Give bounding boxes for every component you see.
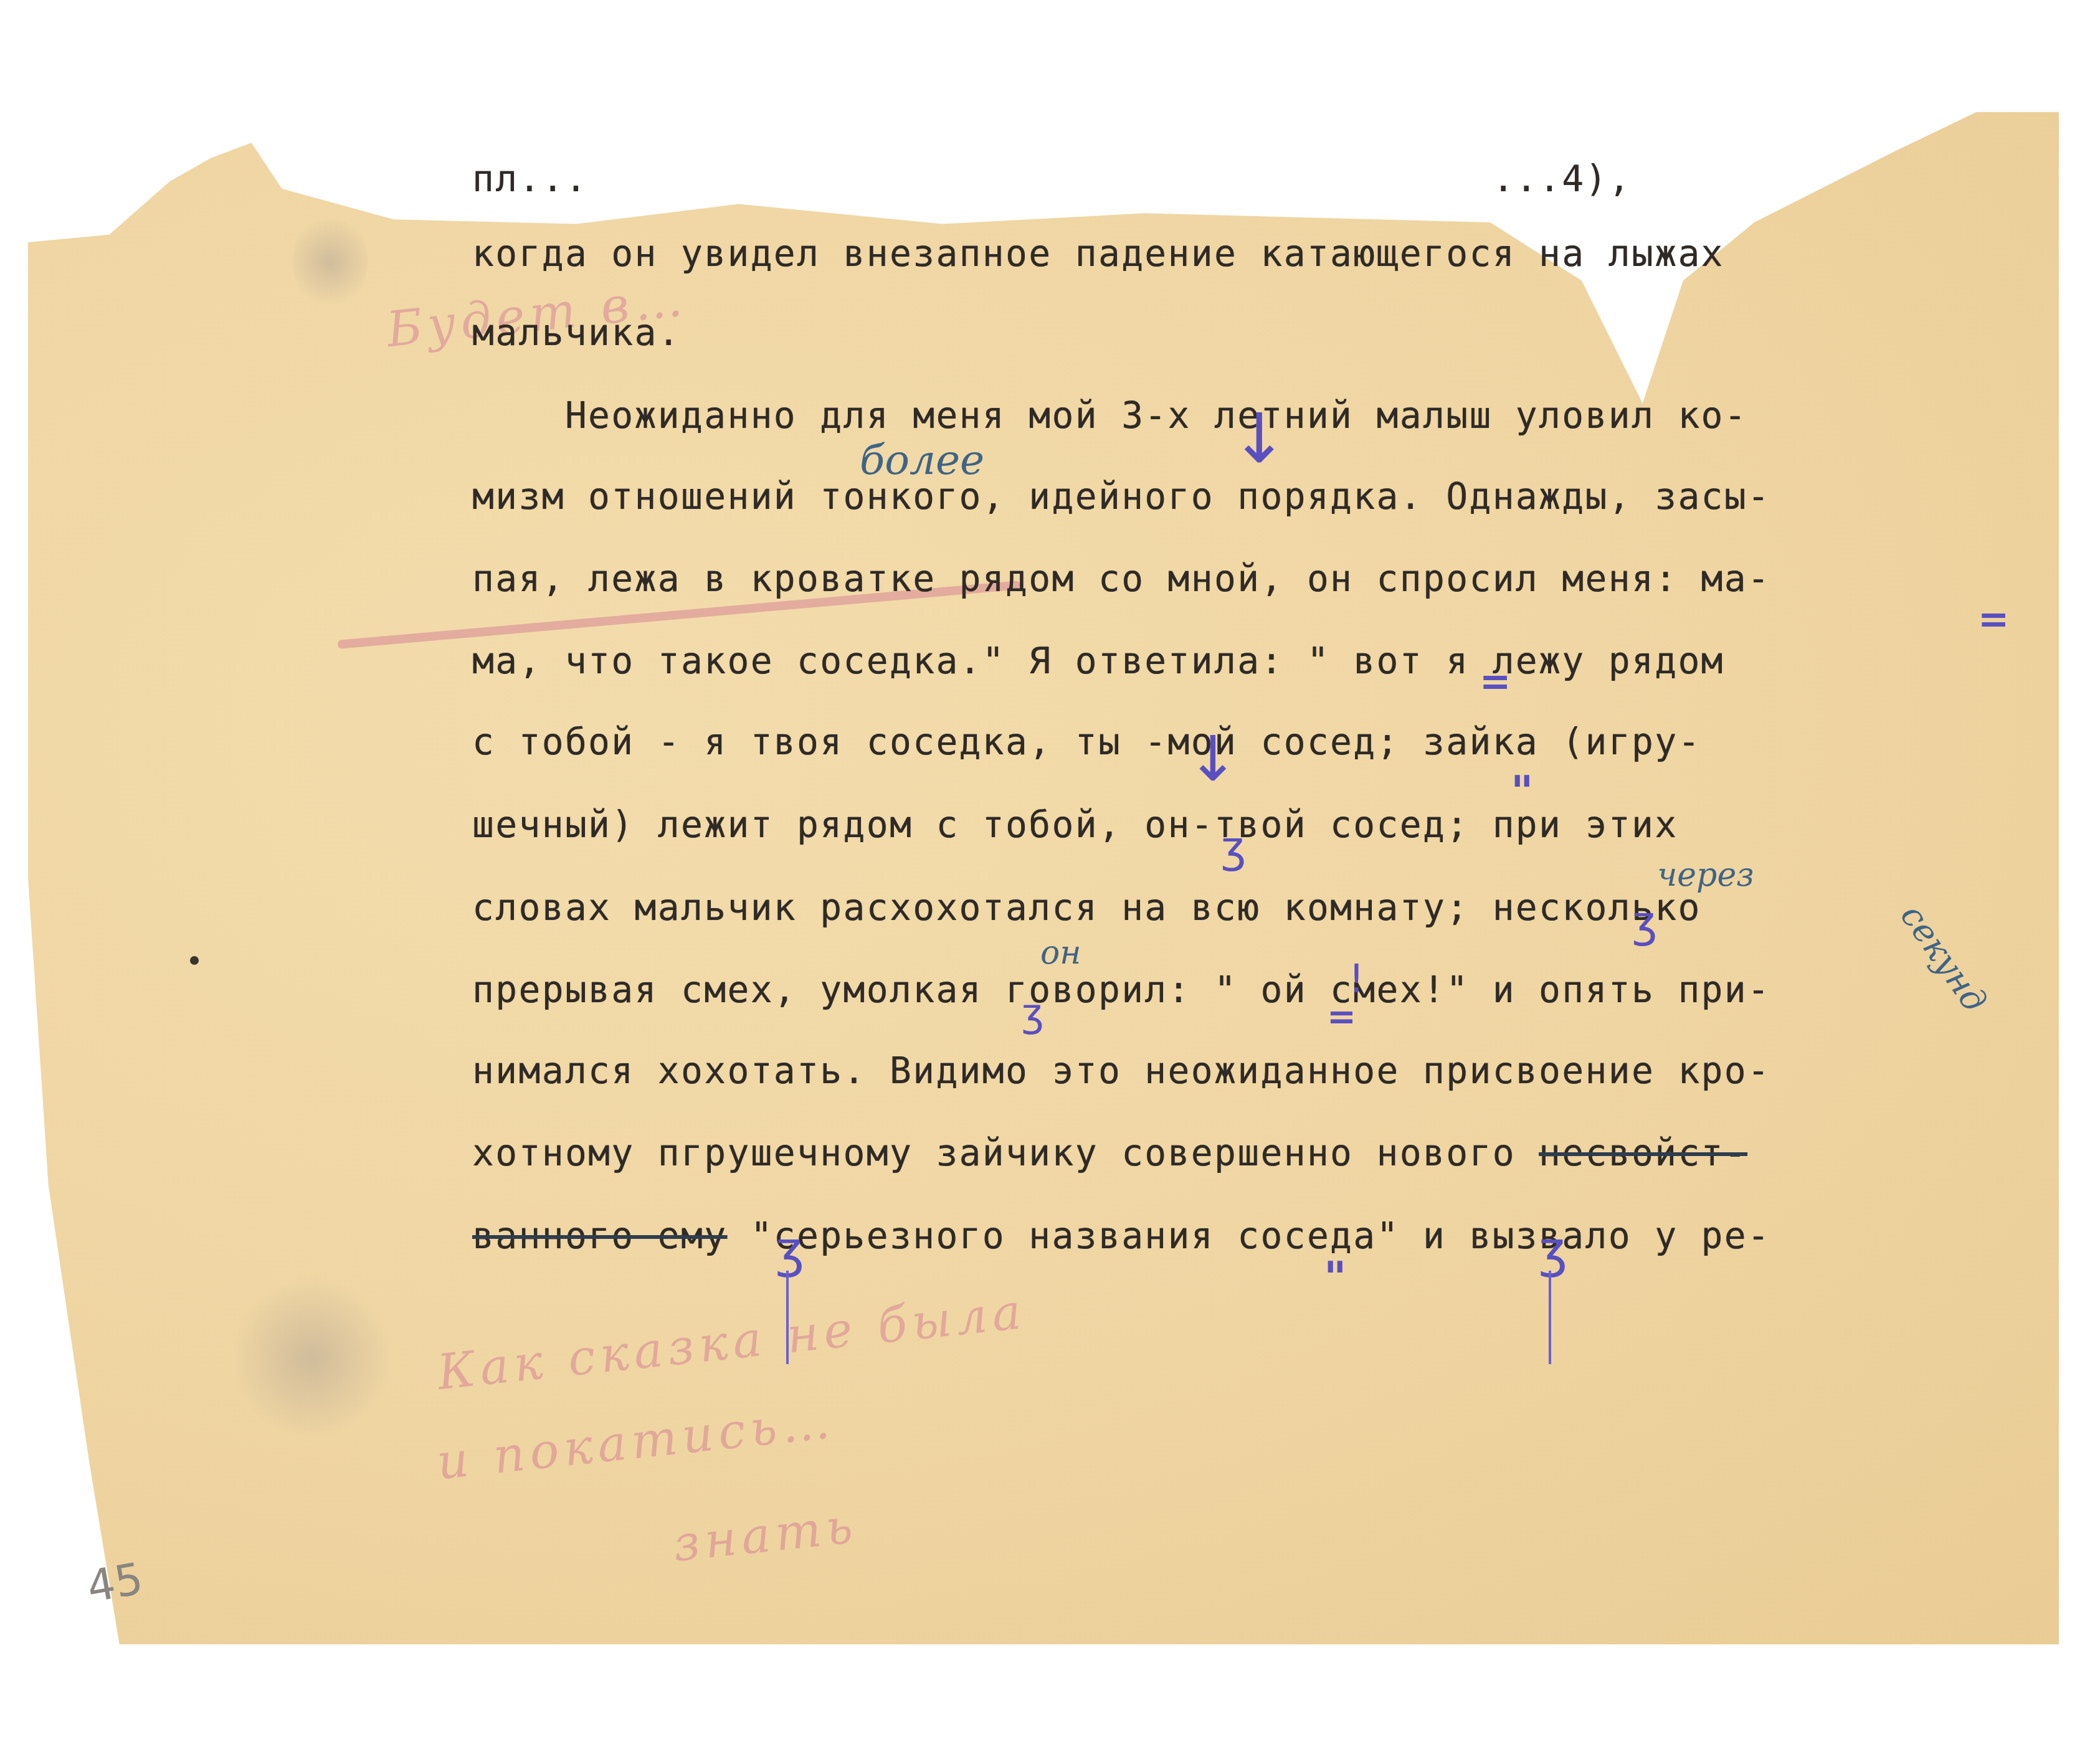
typed-line-2: когда он увидел внезапное падение катающ… [472,235,1724,272]
typed-line-11: прерывая смех, умолкая говорил: " ой сме… [472,972,1770,1008]
typed-line-5: мизм отношений тонкого, идейного порядка… [472,478,1770,514]
quote-mark: " [1511,766,1533,817]
typed-line-7: ма, что такое соседка." Я ответила: " во… [472,643,1724,679]
bracket-mark: ʒ [1632,897,1657,948]
bracket-mark: ʒ [1022,990,1044,1036]
typed-text: хотному пгрушечному зайчику совершенно н… [472,1132,1539,1174]
bracket-tail-stroke [786,1271,789,1364]
fingerprint-smudge [293,212,368,311]
bracket-mark: ʒ [1539,1221,1567,1279]
typed-line-4: Неожиданно для меня мой 3-х летний малыш… [472,397,1747,434]
typed-line-6: пая, лежа в кроватке рядом со мной, он с… [472,561,1770,597]
paper-speck [190,956,199,965]
typed-line-9: шечный) лежит рядом с тобой, он-твой сос… [472,807,1678,843]
insert-arrow-mark: ↓ [1187,723,1239,795]
bracket-mark: ʒ [776,1221,804,1279]
quote-mark: " [1324,1252,1346,1303]
typed-line-1: пл... ...4), [472,161,1632,197]
handwritten-insertion-cherez: через [1657,856,1754,894]
paragraph-mark: = [1480,660,1511,704]
typed-line-3: мальчика. [472,315,681,351]
typed-line-8: с тобой - я твоя соседка, ты -мой сосед;… [472,724,1701,760]
pencil-page-number: 45 [83,1553,147,1613]
typed-line-10: словах мальчик расхохотался на всю комна… [472,889,1701,926]
typed-line-13: хотному пгрушечному зайчику совершенно н… [472,1135,1747,1171]
bracket-mark: ʒ [1221,822,1246,873]
typed-text: "серьезного названия соседа" и вызвало у… [727,1215,1770,1257]
handwritten-insertion-bolee: более [860,436,984,484]
typed-line-12: нимался хохотать. Видимо это неожиданное… [472,1053,1770,1089]
handwritten-insertion-on: он [1040,934,1081,972]
paragraph-mark: = [1978,598,2009,642]
insert-arrow-mark: ↓ [1230,399,1288,478]
bracket-tail-stroke [1549,1271,1551,1364]
fingerprint-smudge [230,1277,392,1439]
typed-line-14: ванного ему "серьезного названия соседа"… [472,1218,1770,1254]
struck-text: несвойст- [1539,1132,1747,1174]
paragraph-mark: = [1327,997,1356,1037]
exclamation-mark: ! [1349,956,1364,1002]
struck-text: ванного ему [472,1215,727,1257]
